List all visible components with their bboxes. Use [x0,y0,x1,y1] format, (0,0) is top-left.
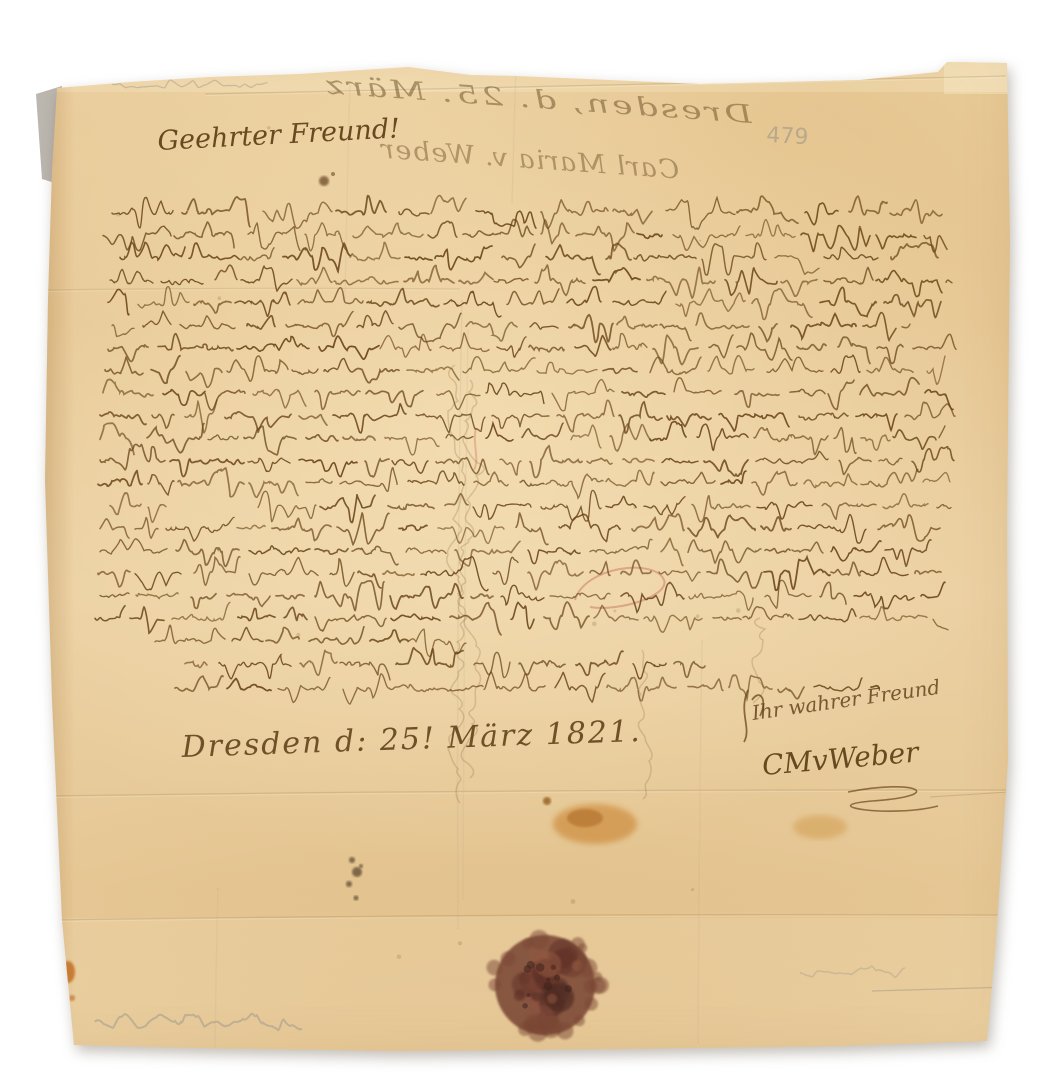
ink-stroke [757,502,812,519]
blob [514,990,525,1001]
ink-stroke [676,289,745,316]
ink-stroke [507,289,559,305]
ink-stroke [861,435,890,450]
ink-stroke [340,662,390,680]
ink-stroke [178,468,244,497]
ink-stroke [208,435,238,440]
ink-stroke [660,324,691,340]
ink-stroke [334,277,398,285]
ink-stroke [603,368,637,373]
ink-stroke [300,650,337,675]
ink-stroke [500,459,521,475]
blob [359,864,363,868]
blob [699,240,701,242]
ink-stroke [587,458,612,464]
ink-stroke [877,344,903,363]
ink-stroke [799,413,848,420]
wax-seal [486,930,608,1042]
ink-stroke [569,315,613,343]
ink-stroke [590,539,652,554]
ink-stroke [315,581,384,611]
ink-stroke [552,380,614,411]
ink-stroke [459,273,493,284]
ink-stroke [352,546,398,564]
ink-stroke [725,268,777,296]
ink-stroke [797,344,826,350]
ink-stroke [463,219,533,237]
ink-stroke [613,334,647,350]
blob [592,621,597,626]
ink-stroke [194,301,231,313]
ink-stroke [590,562,610,576]
blob [543,797,551,805]
ink-stroke [258,491,316,521]
ink-stroke [194,557,240,586]
blob [543,1016,560,1033]
ink-stroke [350,242,400,260]
ink-stroke [606,244,631,260]
ink-body-layer [95,196,956,705]
fold-highlight [46,290,460,292]
ink-stroke [155,625,225,643]
ink-stroke [315,615,386,631]
blob [578,943,588,953]
ink-stroke [708,356,754,374]
stain-blob [793,815,847,839]
ink-stroke [108,289,129,314]
ink-stroke [493,557,518,584]
blob [319,176,329,186]
ink-stroke [530,323,558,329]
ink-stroke [148,475,174,495]
ink-stroke [471,594,493,598]
ink-stroke [735,391,779,407]
blob [218,296,222,300]
ink-stroke [319,336,379,359]
ink-stroke [232,627,263,641]
ink-stroke [502,244,535,268]
blob [903,64,908,69]
ink-stroke [383,571,414,576]
ink-stroke [689,591,753,610]
ink-stroke [152,414,174,428]
ink-stroke [103,379,153,396]
ink-stroke [878,515,940,541]
ink-stroke [438,526,504,543]
ink-stroke [112,325,134,337]
blob [571,899,576,904]
ink-stroke [860,378,919,396]
ink-stroke [306,435,338,441]
ink-stroke [108,345,148,361]
ink-stroke [405,257,432,260]
ink-stroke [120,242,185,260]
ink-stroke [180,316,235,329]
ink-stroke [130,607,164,633]
ink-stroke [100,519,129,538]
ink-stroke [161,279,203,284]
ink-stroke [613,291,666,305]
ink-stroke [792,542,823,553]
ink-stroke [765,580,811,608]
ink-stroke [927,356,945,384]
pencil-underline-bottom-right [872,987,1010,991]
ink-stroke [333,404,406,433]
ink-stroke [606,496,636,507]
ink-stroke [546,245,600,275]
stain-blob [61,961,75,983]
ink-stroke [388,504,434,510]
ink-stroke [284,607,307,620]
stain-layer [61,64,908,1002]
ink-stroke [696,313,749,329]
ink-stroke [357,311,393,328]
ink-stroke [105,357,143,375]
ink-stroke [241,266,292,291]
red-crayon-stroke [474,428,476,470]
ink-stroke [249,546,310,555]
ink-stroke [380,334,431,357]
blob [585,997,598,1010]
ink-stroke [249,557,318,585]
ink-stroke [610,424,651,451]
ink-stroke [854,592,914,609]
ink-stroke [511,602,534,628]
ink-stroke [767,357,823,372]
ink-stroke [385,437,439,455]
ink-stroke [248,458,290,471]
ink-stroke [666,198,735,230]
ink-stroke [272,518,331,540]
ink-stroke [713,617,741,620]
ink-stroke [921,582,945,598]
ink-stroke [537,362,597,374]
paper-shadow-wrap: Dresden, d. 25. März Carl Maria v. Weber… [0,0,1037,1080]
ink-stroke [535,265,585,295]
ink-stroke [494,278,528,283]
ink-stroke [100,539,167,554]
ink-stroke [408,471,464,485]
ink-stroke [673,226,740,250]
ink-stroke [185,400,217,433]
ink-stroke [404,266,454,283]
blob [613,610,616,613]
ink-stroke [576,651,623,675]
pencil-marks-layer [95,80,1010,1030]
ink-stroke [885,540,931,566]
ink-stroke [828,380,854,410]
ink-stroke [354,368,399,382]
blob [696,614,700,618]
closing-text: Ihr wahrer Freund [749,675,941,725]
ink-stroke [617,316,657,328]
ink-stroke [463,357,535,373]
ink-stroke [529,345,564,351]
ink-stroke [247,316,275,329]
blob [397,955,402,960]
signature-text: CMvWeber [761,735,922,782]
ink-stroke [559,514,620,541]
ink-stroke [343,674,408,704]
ink-stroke [804,474,857,488]
blob [691,888,694,891]
ink-stroke [486,383,544,404]
ink-stroke [820,582,846,604]
ink-stroke [175,676,223,691]
ink-stroke [237,525,265,529]
photo-background: Dresden, d. 25. März Carl Maria v. Weber… [0,0,1037,1080]
ink-stroke [366,391,423,407]
ink-stroke [831,355,860,373]
ink-stroke [923,473,950,482]
blob [527,961,535,969]
ink-stroke [790,389,825,396]
ink-stroke [174,222,234,248]
blob [486,960,502,976]
ink-stroke [709,335,733,358]
ink-stroke [100,444,165,469]
ink-stroke [110,493,141,515]
ink-stroke [516,513,548,544]
ink-stroke [205,390,245,410]
ink-stroke [765,548,790,553]
ink-stroke [879,458,902,465]
ink-stroke [249,481,298,497]
ink-stroke [337,513,389,545]
ink-stroke [136,593,178,599]
ink-stroke [697,424,748,450]
stain-blob [567,809,603,827]
ink-stroke [746,220,795,238]
ink-stroke [215,265,237,280]
ink-stroke [567,287,601,306]
ink-stroke [148,505,166,523]
ink-stroke [219,655,291,679]
ink-stroke [752,289,812,320]
ink-stroke [834,428,856,454]
ink-stroke [445,494,468,506]
ink-stroke [884,295,941,318]
ink-stroke [492,414,549,428]
ink-stroke [607,677,676,701]
ink-stroke [240,248,274,261]
ink-stroke [721,471,746,484]
ink-stroke [237,336,309,351]
fold-highlight [215,890,218,1050]
ink-stroke [428,221,457,238]
ink-stroke [299,459,357,476]
ink-stroke [189,243,239,260]
blob [536,963,545,972]
ink-stroke [320,494,375,522]
ink-stroke [743,607,793,620]
ghost-strip [752,618,765,703]
ink-stroke [248,223,300,250]
fold-highlight [50,916,1000,921]
blob [736,608,740,612]
ink-stroke [644,615,702,632]
ink-stroke [324,359,353,372]
ink-stroke [396,648,463,667]
ink-stroke [541,490,601,521]
ink-stroke [100,412,146,424]
ink-stroke [781,280,817,297]
ink-stroke [336,196,386,215]
ink-stroke [571,425,601,448]
ink-stroke [799,609,856,622]
ink-stroke [761,517,791,531]
ink-stroke [824,268,873,284]
ink-stroke [893,430,936,449]
ink-stroke [661,472,715,485]
ink-stroke [546,474,603,498]
ink-stroke [185,662,207,668]
ink-stroke [399,525,427,530]
ink-stroke [143,311,171,327]
ink-stroke [913,334,956,349]
ink-stroke [391,614,440,620]
ink-stroke [883,494,928,509]
ink-stroke [856,414,897,430]
ink-stroke [653,335,698,364]
ink-stroke [409,685,483,692]
ink-stroke [831,562,860,576]
ink-stroke [632,514,684,531]
ink-stroke [309,627,364,644]
ink-stroke [754,428,828,455]
ink-stroke [791,314,856,339]
ink-stroke [305,223,347,251]
ink-stroke [876,271,942,297]
pencil-inscription-bottom-left [95,1014,302,1030]
ghost-header-line2: Carl Maria v. Weber [378,135,680,186]
ink-stroke [650,357,701,374]
ink-stroke [98,570,130,587]
dateline-text: Dresden d: 25! März 1821. [180,714,642,765]
blob [501,951,516,966]
ink-stroke [112,197,173,228]
ink-stroke [299,415,327,425]
ink-stroke [863,313,896,341]
ink-stroke [530,446,582,478]
blob [488,979,501,992]
ink-stroke [266,627,299,642]
ink-stroke [541,200,608,229]
ink-stroke [135,572,181,590]
ink-stroke [719,413,789,431]
ink-stroke [839,457,871,474]
blob [565,985,572,992]
ink-stroke [933,619,948,630]
fold-highlight [698,642,702,1047]
ink-stroke [861,469,918,487]
ink-stroke [915,570,941,574]
ink-stroke [110,269,153,283]
ink-stroke [824,247,878,260]
ink-stroke [729,675,772,699]
blob [574,1015,585,1026]
ink-stroke [286,312,353,337]
ink-stroke [227,679,271,691]
ink-stroke [891,243,938,260]
ink-stroke [176,540,239,567]
ink-stroke [466,322,517,341]
blob [346,881,352,887]
ink-stroke [737,196,798,223]
ink-stroke [831,541,881,561]
ink-stroke [147,424,204,453]
ink-stroke [191,594,216,609]
ink-stroke [659,571,700,581]
blob [69,995,75,1001]
ink-stroke [688,679,723,690]
ink-stroke [661,538,683,565]
ink-stroke [519,661,565,675]
blob [527,993,531,997]
ink-stroke [702,243,766,275]
ink-stroke [674,378,721,394]
ink-stroke [440,333,489,352]
ink-stroke [315,549,348,554]
ink-stroke [775,255,819,274]
ink-stroke [100,593,129,597]
ink-stroke [276,595,304,599]
ink-stroke [759,324,777,342]
ink-stroke [622,392,665,398]
blob [525,1015,541,1031]
ink-stroke [937,505,951,509]
ink-stroke [606,470,654,486]
blob [354,896,359,901]
ink-stroke [253,389,306,408]
ink-stroke [367,288,439,306]
blob [349,857,355,863]
ink-stroke [522,423,563,439]
ink-stroke [550,593,610,599]
ink-stroke [637,234,662,239]
blob [458,941,462,945]
ink-stroke [98,471,142,487]
ink-stroke [330,559,354,586]
ink-stroke [633,662,666,679]
ink-stroke [353,223,423,238]
ink-stroke [135,518,158,539]
pencil-number: 479 [766,123,809,150]
blob [593,972,602,981]
ink-stroke [849,196,887,215]
ink-stroke [756,451,828,463]
ink-stroke [278,677,330,702]
ink-stroke [244,426,296,455]
ink-stroke [151,356,180,383]
ink-stroke [444,291,501,317]
blob [331,172,335,176]
ink-stroke [838,337,870,364]
ink-stroke [764,557,830,590]
ink-stroke [473,504,531,520]
ink-stroke [172,602,230,621]
ink-stroke [902,324,910,328]
blob [554,975,560,981]
ink-stroke [805,203,838,225]
blob [551,965,556,970]
ghost-strip [458,380,484,778]
ink-stroke [688,540,761,563]
ink-stroke [674,662,705,678]
ink-stroke [801,226,870,252]
ink-stroke [306,479,332,483]
ink-stroke [644,497,685,515]
